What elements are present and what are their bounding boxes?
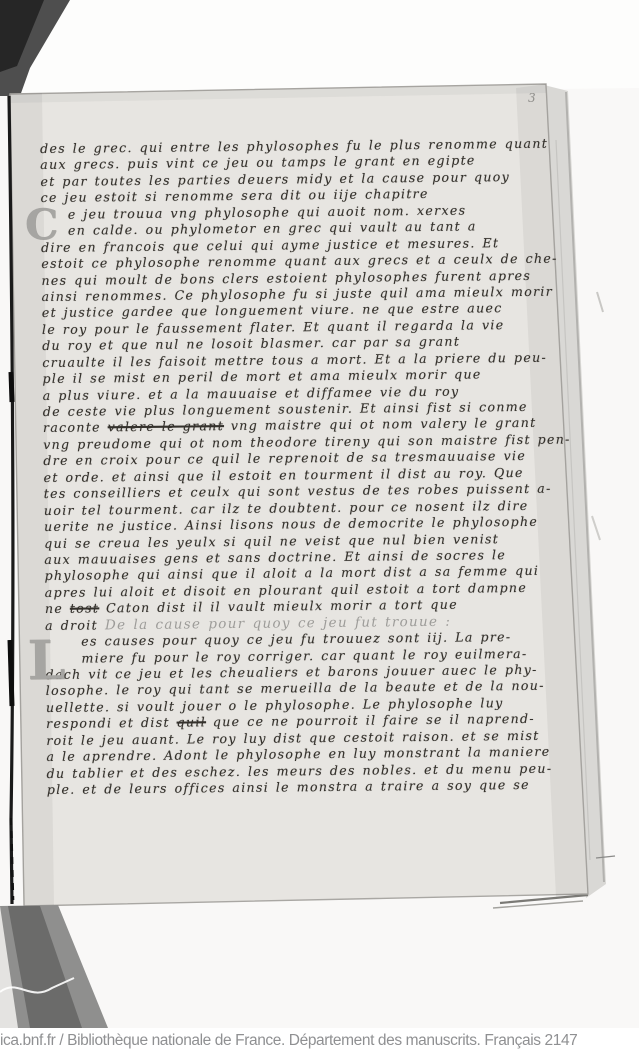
gallica-attribution: ica.bnf.fr / Bibliothèque nationale de F… [0, 1028, 639, 1054]
gutter-blob-2 [10, 640, 12, 706]
manuscript-text-block: des le grec. qui entre les phylosophes f… [40, 136, 563, 799]
manuscript-paragraph: des le grec. qui entre les phylosophes f… [40, 136, 557, 207]
digitized-manuscript-photo: 3 des le grec. qui entre les phylosophes… [0, 0, 639, 1054]
folio-number: 3 [528, 91, 536, 105]
line-text: Caton dist il il vault mieulx morir a to… [99, 597, 458, 616]
line-text: ne [45, 601, 70, 616]
struck-word: valere le grant [108, 419, 224, 435]
line-text: vng maistre qui ot nom valery le grant [224, 415, 537, 433]
manuscript-paragraph: Ce jeu trouua vng phylosophe qui auoit n… [41, 201, 561, 634]
struck-word: tost [70, 601, 100, 616]
line-text: que ce ne pourroit il faire se il napren… [206, 711, 535, 729]
line-text: respondi et dist [46, 715, 177, 731]
illuminated-initial-c: C [25, 200, 60, 249]
line-text: raconte [43, 420, 108, 436]
struck-word: quil [177, 715, 207, 730]
gutter-blob-1 [11, 372, 12, 402]
overexposed-top-band [14, 0, 639, 96]
manuscript-paragraph: Les causes pour quoy ce jeu fu trouuez s… [45, 629, 563, 799]
illuminated-initial-l: L [27, 628, 67, 692]
